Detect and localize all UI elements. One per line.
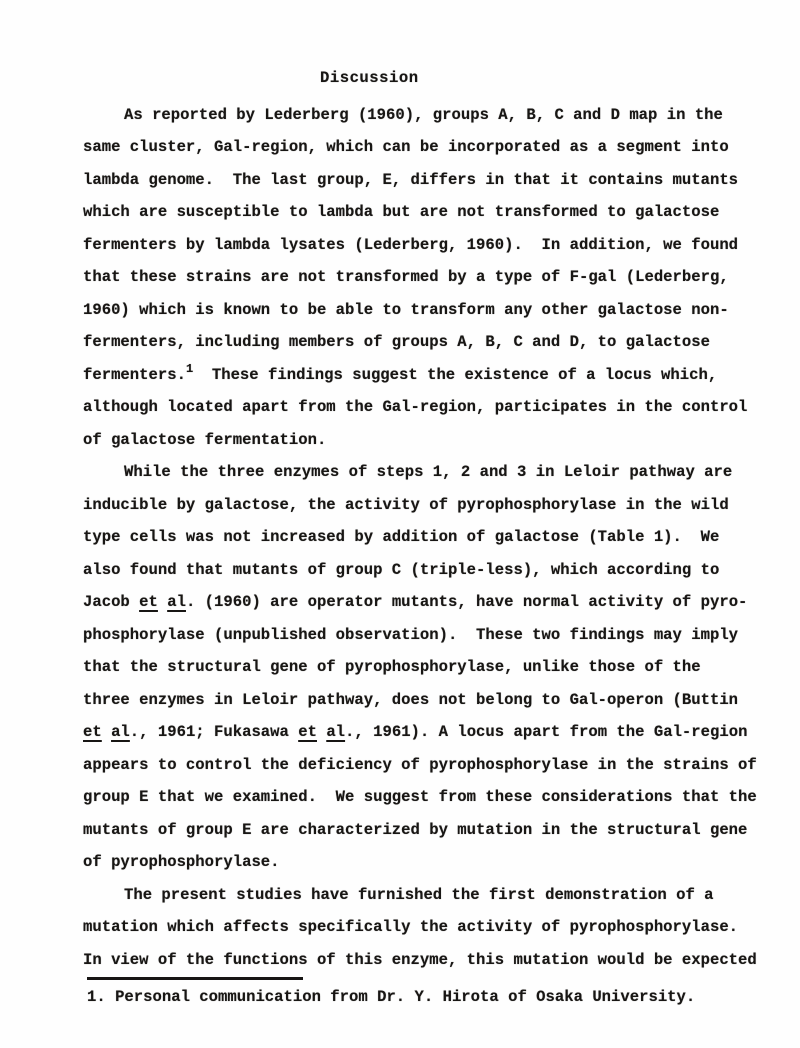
document-body: As reported by Lederberg (1960), groups … <box>83 99 780 977</box>
text-segment: type cells was not increased by addition… <box>83 528 719 546</box>
text-segment: The present studies have furnished the f… <box>124 886 714 904</box>
text-segment: of pyrophosphorylase. <box>83 853 280 871</box>
text-segment: . (1960) are operator mutants, have norm… <box>186 593 747 611</box>
text-segment: same cluster, Gal-region, which can be i… <box>83 138 729 156</box>
text-segment: These findings suggest the existence of … <box>193 366 717 384</box>
text-segment: fermenters, including members of groups … <box>83 333 710 351</box>
text-line: 1960) which is known to be able to trans… <box>83 294 780 327</box>
text-line: et al., 1961; Fukasawa et al., 1961). A … <box>83 716 780 749</box>
text-segment: As reported by Lederberg (1960), groups … <box>124 106 723 124</box>
underlined-text: et <box>298 723 317 741</box>
footnote-marker: 1 <box>186 362 193 376</box>
text-segment: lambda genome. The last group, E, differ… <box>83 171 738 189</box>
paragraph: While the three enzymes of steps 1, 2 an… <box>83 456 780 879</box>
text-line: phosphorylase (unpublished observation).… <box>83 619 780 652</box>
text-line: group E that we examined. We suggest fro… <box>83 781 780 814</box>
text-segment: mutation which affects specifically the … <box>83 918 738 936</box>
text-segment <box>102 723 111 741</box>
text-segment: that the structural gene of pyrophosphor… <box>83 658 701 676</box>
underlined-text: al <box>326 723 345 741</box>
text-line: Jacob et al. (1960) are operator mutants… <box>83 586 780 619</box>
text-segment: fermenters. <box>83 366 186 384</box>
text-segment: While the three enzymes of steps 1, 2 an… <box>124 463 732 481</box>
text-line: fermenters by lambda lysates (Lederberg,… <box>83 229 780 262</box>
paragraph: As reported by Lederberg (1960), groups … <box>83 99 780 457</box>
underlined-text: et <box>139 593 158 611</box>
text-line: type cells was not increased by addition… <box>83 521 780 554</box>
text-segment: mutants of group E are characterized by … <box>83 821 747 839</box>
text-segment: In view of the functions of this enzyme,… <box>83 951 757 969</box>
text-line: which are susceptible to lambda but are … <box>83 196 780 229</box>
text-line: appears to control the deficiency of pyr… <box>83 749 780 782</box>
text-segment: ., 1961; Fukasawa <box>130 723 298 741</box>
text-line: although located apart from the Gal-regi… <box>83 391 780 424</box>
text-line: While the three enzymes of steps 1, 2 an… <box>83 456 780 489</box>
manuscript-page: Discussion As reported by Lederberg (196… <box>0 0 800 1048</box>
text-line: lambda genome. The last group, E, differ… <box>83 164 780 197</box>
text-line: inducible by galactose, the activity of … <box>83 489 780 522</box>
underlined-text: et <box>83 723 102 741</box>
text-segment <box>158 593 167 611</box>
underlined-text: al <box>167 593 186 611</box>
text-line: mutation which affects specifically the … <box>83 911 780 944</box>
footnote: 1. Personal communication from Dr. Y. Hi… <box>87 981 780 1014</box>
text-line: that the structural gene of pyrophosphor… <box>83 651 780 684</box>
text-segment: phosphorylase (unpublished observation).… <box>83 626 738 644</box>
text-segment: three enzymes in Leloir pathway, does no… <box>83 691 738 709</box>
text-line: fermenters, including members of groups … <box>83 326 780 359</box>
text-line: The present studies have furnished the f… <box>83 879 780 912</box>
text-segment: also found that mutants of group C (trip… <box>83 561 719 579</box>
text-segment: Jacob <box>83 593 139 611</box>
text-line: mutants of group E are characterized by … <box>83 814 780 847</box>
text-segment: appears to control the deficiency of pyr… <box>83 756 757 774</box>
text-segment: inducible by galactose, the activity of … <box>83 496 729 514</box>
text-segment: ., 1961). A locus apart from the Gal-reg… <box>345 723 747 741</box>
text-line: fermenters.1 These findings suggest the … <box>83 359 780 392</box>
text-line: that these strains are not transformed b… <box>83 261 780 294</box>
underlined-text: al <box>111 723 130 741</box>
text-segment: that these strains are not transformed b… <box>83 268 729 286</box>
text-line: As reported by Lederberg (1960), groups … <box>83 99 780 132</box>
text-segment: fermenters by lambda lysates (Lederberg,… <box>83 236 738 254</box>
text-segment: group E that we examined. We suggest fro… <box>83 788 757 806</box>
text-line: also found that mutants of group C (trip… <box>83 554 780 587</box>
text-line: In view of the functions of this enzyme,… <box>83 944 780 977</box>
text-segment: which are susceptible to lambda but are … <box>83 203 719 221</box>
text-line: of galactose fermentation. <box>83 424 780 457</box>
text-segment <box>317 723 326 741</box>
text-line: of pyrophosphorylase. <box>83 846 780 879</box>
footnote-separator-rule <box>87 977 303 980</box>
text-line: same cluster, Gal-region, which can be i… <box>83 131 780 164</box>
text-segment: 1960) which is known to be able to trans… <box>83 301 729 319</box>
text-segment: of galactose fermentation. <box>83 431 326 449</box>
text-segment: although located apart from the Gal-regi… <box>83 398 747 416</box>
paragraph: The present studies have furnished the f… <box>83 879 780 977</box>
text-line: three enzymes in Leloir pathway, does no… <box>83 684 780 717</box>
section-title: Discussion <box>320 62 780 95</box>
